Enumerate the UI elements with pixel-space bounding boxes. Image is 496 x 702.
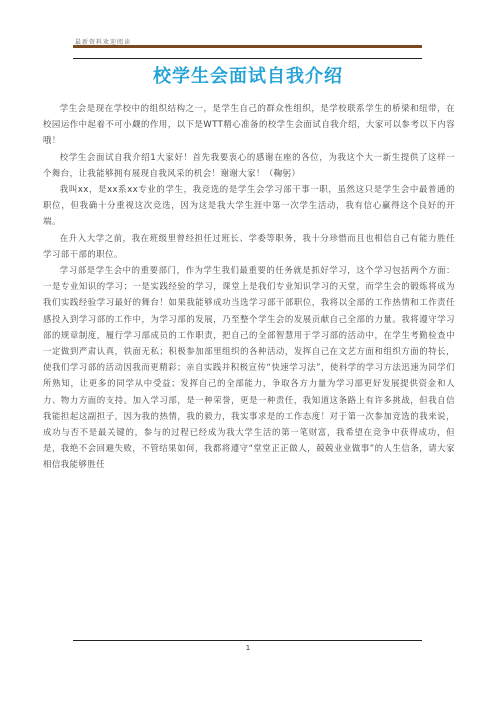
- footer-divider: [73, 640, 422, 641]
- paragraph-self-intro: 我叫xx，是xx系xx专业的学生，我竞选的是学生会学习部干事一职，虽然这只是学生…: [43, 181, 455, 230]
- paragraph-experience: 在升入大学之前，我在班级里曾经担任过班长、学委等职务，我十分珍惜而且也相信自己有…: [43, 230, 455, 262]
- document-title: 校学生会面试自我介绍: [0, 62, 496, 88]
- paragraph-intro: 学生会是现在学校中的组织结构之一，是学生自己的群众性组织，是学校联系学生的桥梁和…: [43, 100, 455, 149]
- document-body: 学生会是现在学校中的组织结构之一，是学生自己的群众性组织，是学校联系学生的桥梁和…: [43, 100, 455, 473]
- document-page: 最新资料欢迎阅读 校学生会面试自我介绍 学生会是现在学校中的组织结构之一，是学生…: [0, 0, 496, 702]
- page-number: 1: [0, 644, 496, 652]
- paragraph-greeting: 校学生会面试自我介绍1大家好！首先我要衷心的感谢在座的各位，为我这个大一新生提供…: [43, 149, 455, 181]
- header-decorative-bar: [73, 45, 422, 48]
- paragraph-study-dept: 学习部是学生会中的重要部门，作为学生我们最重要的任务就是抓好学习，这个学习包括两…: [43, 262, 455, 473]
- header-divider: [73, 58, 422, 59]
